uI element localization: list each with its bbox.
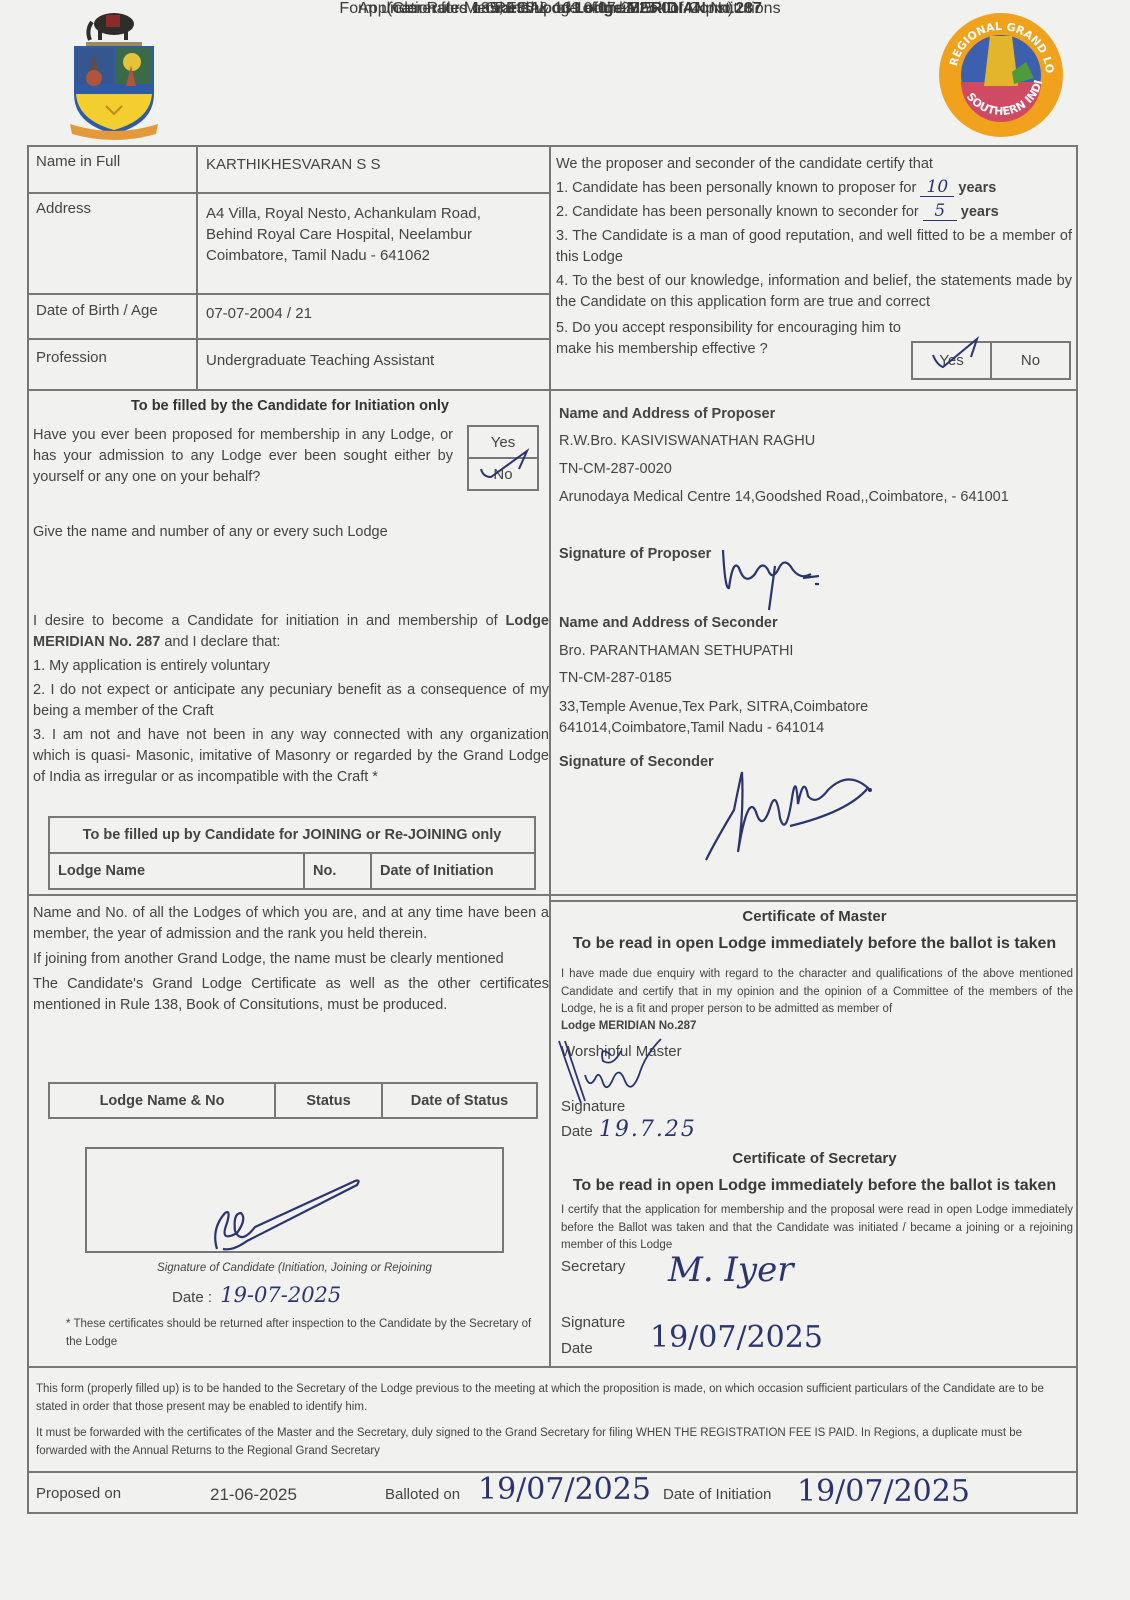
candidate-signature-caption: Signature of Candidate (Initiation, Join… (85, 1262, 504, 1274)
proposed-on-label: Proposed on (36, 1485, 121, 1502)
proposer-name: R.W.Bro. KASIVISWANATHAN RAGHU (559, 431, 815, 452)
label-divider (196, 145, 198, 390)
certify-intro: We the proposer and seconder of the cand… (556, 154, 1072, 175)
name-label: Name in Full (36, 153, 120, 170)
address-value: A4 Villa, Royal Nesto, Achankulam Road, … (206, 203, 481, 266)
seconder-name: Bro. PARANTHAMAN SETHUPATHI (559, 641, 793, 662)
address-line-3: Coimbatore, Tamil Nadu - 641062 (206, 245, 481, 266)
profession-value: Undergraduate Teaching Assistant (206, 352, 434, 369)
row-divider (27, 192, 550, 194)
declare-suffix: and I declare that: (160, 634, 280, 650)
declaration-block: I desire to become a Candidate for initi… (33, 611, 549, 788)
joining-col-lodge-name: Lodge Name (48, 852, 305, 890)
name-value: KARTHIKHESVARAN S S (206, 156, 381, 173)
certify-block: We the proposer and seconder of the cand… (556, 154, 1072, 360)
secretary-cert-body: I certify that the application for membe… (561, 1202, 1073, 1255)
secretary-cert-title: Certificate of Secretary (551, 1150, 1078, 1167)
membership-col-lodge: Lodge Name & No (48, 1082, 276, 1119)
seconder-address-line-2: 641014,Coimbatore,Tamil Nadu - 641014 (559, 718, 868, 739)
master-cert-title: Certificate of Master (551, 908, 1078, 925)
master-cert-body: I have made due enquiry with regard to t… (561, 966, 1073, 1019)
seconder-address: 33,Temple Avenue,Tex Park, SITRA,Coimbat… (559, 697, 868, 739)
proposer-heading: Name and Address of Proposer (559, 404, 775, 425)
membership-para-3: The Candidate's Grand Lodge Certificate … (33, 974, 549, 1016)
master-cert-subtitle: To be read in open Lodge immediately bef… (551, 935, 1078, 953)
initiation-date-label: Date of Initiation (663, 1486, 771, 1503)
candidate-signature-box[interactable] (85, 1147, 504, 1253)
section-divider (27, 1366, 1078, 1368)
secretary-signature-label: Signature (561, 1314, 625, 1331)
secretary-date-value[interactable]: 19/07/2025 (650, 1320, 823, 1355)
seconder-signature-label: Signature of Seconder (559, 752, 714, 773)
declaration-3: 3. I am not and have not been in any way… (33, 725, 549, 788)
prior-proposal-no-option[interactable]: No (467, 457, 539, 491)
seconder-signature (700, 770, 890, 875)
row-divider (27, 338, 550, 340)
item2-text: 2. Candidate has been personally known t… (556, 204, 919, 220)
years-label: years (961, 204, 999, 220)
candidate-date-label: Date : (172, 1289, 212, 1306)
joining-col-date: Date of Initiation (370, 852, 536, 890)
section-divider (550, 900, 1078, 902)
years-known-seconder[interactable]: 5 (923, 203, 957, 221)
address-label: Address (36, 200, 91, 217)
seconder-heading: Name and Address of Seconder (559, 613, 778, 634)
profession-label: Profession (36, 349, 107, 366)
grand-lodge-crest-logo (66, 6, 162, 142)
proposer-address: Arunodaya Medical Centre 14,Goodshed Roa… (559, 487, 1029, 508)
row-divider (27, 293, 550, 295)
certify-item-5: 5. Do you accept responsibility for enco… (556, 318, 901, 360)
generated-timestamp: (Generated on REGAL on 19-07-2025 01:44 … (300, 0, 820, 18)
initiation-date-value[interactable]: 19/07/2025 (797, 1474, 970, 1509)
proposer-id: TN-CM-287-0020 (559, 459, 672, 480)
years-known-proposer[interactable]: 10 (920, 179, 954, 197)
balloted-on-value[interactable]: 19/07/2025 (478, 1472, 651, 1507)
membership-info: Name and No. of all the Lodges of which … (33, 903, 549, 1016)
certify-item-3: 3. The Candidate is a man of good reputa… (556, 226, 1072, 268)
dob-value: 07-07-2004 / 21 (206, 305, 312, 322)
give-lodge-name-prompt: Give the name and number of any or every… (33, 522, 388, 543)
declaration-intro: I desire to become a Candidate for initi… (33, 611, 549, 653)
responsibility-yes-option[interactable]: Yes (911, 341, 992, 380)
master-signature-label: Signature (561, 1098, 625, 1115)
master-date-label: Date (561, 1123, 593, 1140)
joining-table-heading: To be filled up by Candidate for JOINING… (48, 816, 536, 854)
secretary-cert-subtitle: To be read in open Lodge immediately bef… (551, 1177, 1078, 1195)
responsibility-no-option[interactable]: No (990, 341, 1071, 380)
candidate-date-value[interactable]: 19-07-2025 (220, 1283, 341, 1307)
declaration-1: 1. My application is entirely voluntary (33, 656, 549, 677)
candidate-signature (197, 1179, 367, 1259)
membership-col-status: Status (274, 1082, 383, 1119)
master-date: Date 19.7.25 (561, 1117, 697, 1142)
proposer-signature (715, 530, 845, 615)
address-line-2: Behind Royal Care Hospital, Neelambur (206, 224, 481, 245)
checkmark-icon (927, 329, 987, 373)
checkmark-icon (473, 443, 537, 487)
proposer-signature-label: Signature of Proposer (559, 544, 711, 565)
secretary-role-label: Secretary (561, 1258, 625, 1275)
footer-note-2: It must be forwarded with the certificat… (36, 1424, 1076, 1460)
no-label: No (1021, 352, 1040, 369)
master-date-value[interactable]: 19.7.25 (599, 1117, 697, 1142)
membership-para-2: If joining from another Grand Lodge, the… (33, 949, 549, 970)
certify-item-4: 4. To the best of our knowledge, informa… (556, 271, 1072, 313)
proposed-on-value[interactable]: 21-06-2025 (210, 1485, 297, 1505)
membership-para-1: Name and No. of all the Lodges of which … (33, 903, 549, 945)
secretary-date-label: Date (561, 1340, 593, 1357)
certify-item-2: 2. Candidate has been personally known t… (556, 202, 1072, 223)
seconder-address-line-1: 33,Temple Avenue,Tex Park, SITRA,Coimbat… (559, 697, 868, 718)
declare-prefix: I desire to become a Candidate for initi… (33, 613, 506, 629)
secretary-signature: M. Iyer (668, 1250, 793, 1290)
section-divider (27, 894, 1078, 896)
dob-label: Date of Birth / Age (36, 302, 158, 319)
declaration-2: 2. I do not expect or anticipate any pec… (33, 680, 549, 722)
years-label: years (958, 180, 996, 196)
footer-note-1: This form (properly filled up) is to be … (36, 1380, 1076, 1416)
joining-col-no: No. (303, 852, 372, 890)
certify-item-1: 1. Candidate has been personally known t… (556, 178, 1072, 199)
balloted-on-label: Balloted on (385, 1486, 460, 1503)
initiation-question: Have you ever been proposed for membersh… (33, 425, 453, 488)
initiation-heading: To be filled by the Candidate for Initia… (30, 398, 550, 414)
master-cert-lodge: Lodge MERIDIAN No.287 (561, 1018, 696, 1036)
address-line-1: A4 Villa, Royal Nesto, Achankulam Road, (206, 203, 481, 224)
membership-col-date: Date of Status (381, 1082, 538, 1119)
item1-text: 1. Candidate has been personally known t… (556, 180, 916, 196)
regional-grand-lodge-seal: REGIONAL GRAND LODGE SOUTHERN INDIA (938, 12, 1064, 138)
candidate-date: Date : 19-07-2025 (172, 1283, 341, 1307)
certificates-footnote: * These certificates should be returned … (66, 1316, 536, 1351)
seconder-id: TN-CM-287-0185 (559, 668, 672, 689)
section-divider (27, 389, 1078, 391)
